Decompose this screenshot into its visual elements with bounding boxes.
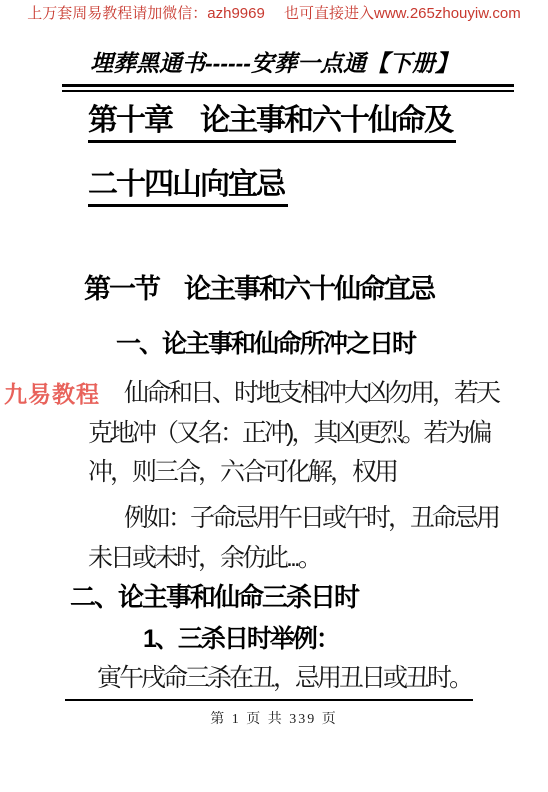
paragraph-1-line-2: 克地冲（又名：正冲)，其凶更烈。若为偏 (88, 421, 489, 446)
paragraph-1-line-1: 仙命和日、时地支相冲大凶勿用，若天 (124, 381, 498, 406)
header-double-rule (62, 84, 514, 92)
chapter-title-line-2: 二十四山向宜忌 (88, 170, 288, 207)
page-number: 第 1 页 共 339 页 (0, 713, 548, 727)
paragraph-1-line-3: 冲，则三合，六合可化解，权用 (88, 460, 396, 485)
page-header-title: 埋葬黑通书------安葬一点通【下册】 (0, 52, 548, 75)
section-heading: 第一节 论主事和六十仙命宜忌 (84, 276, 434, 303)
subsubsection-heading-1: 1、三杀日时举例： (143, 627, 339, 652)
paragraph-2-line-2: 未日或未时，余仿此...。 (88, 546, 320, 571)
document-page: 上万套周易教程请加微信：azh9969 也可直接进入www.265zhouyiw… (0, 0, 548, 792)
promo-banner-text: 上万套周易教程请加微信：azh9969 也可直接进入www.265zhouyiw… (0, 6, 548, 21)
paragraph-3-line-1: 寅午戌命三杀在丑，忌用丑日或丑时。 (97, 666, 471, 691)
footer-rule (65, 699, 473, 701)
subsection-heading-1: 一、论主事和仙命所冲之日时 (116, 332, 415, 357)
paragraph-2-line-1: 例如：子命忌用午日或午时，丑命忌用 (124, 506, 498, 531)
watermark-text: 九易教程 (4, 383, 100, 406)
subsection-heading-2: 二、论主事和仙命三杀日时 (70, 584, 358, 610)
chapter-title-line-1: 第十章 论主事和六十仙命及 (88, 106, 456, 143)
